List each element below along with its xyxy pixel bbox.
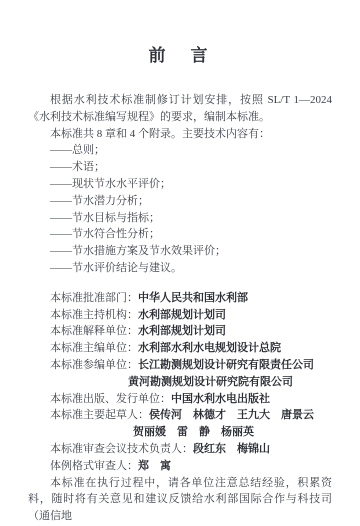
credit-line-chief-editor-unit: 本标准主编单位：水利部水利水电规划设计总院	[28, 340, 332, 357]
contents-lead: 本标准共 8 章和 4 个附录。主要技术内容有：	[28, 126, 332, 143]
credits-block: 本标准批准部门：中华人民共和国水利部 本标准主持机构：水利部规划计划司 本标准解…	[28, 290, 332, 475]
credit-label: 本标准参编单位：	[50, 359, 138, 371]
credit-value: 段红东 梅锦山	[193, 443, 270, 455]
credit-label: 本标准出版、发行单位：	[50, 393, 171, 405]
page-title: 前 言	[28, 46, 332, 66]
contents-item: ——节水评价结论与建议。	[28, 260, 332, 277]
credit-label: 本标准批准部门：	[50, 292, 138, 304]
credit-line-co-editor-unit-cont: 黄河勘测规划设计研究院有限公司	[28, 374, 332, 391]
credit-value: 水利部水利水电规划设计总院	[138, 342, 281, 354]
document-page: 前 言 根据水利技术标准制修订计划安排，按照 SL/T 1—2024《水利技术标…	[0, 0, 360, 526]
contents-item: ——术语；	[28, 159, 332, 176]
closing-paragraph: 本标准在执行过程中，请各单位注意总结经验，积累资料，随时将有关意见和建议反馈给水…	[28, 475, 332, 525]
credit-label: 本标准主要起草人：	[50, 409, 149, 421]
credit-label: 本标准主编单位：	[50, 342, 138, 354]
credit-value: 黄河勘测规划设计研究院有限公司	[128, 376, 293, 388]
credit-label: 本标准主持机构：	[50, 309, 138, 321]
credit-value: 水利部规划计划司	[138, 325, 226, 337]
credit-line-drafters-cont: 贺丽媛 雷 静 杨丽英	[28, 424, 332, 441]
credit-value: 郑 寓	[138, 460, 171, 472]
contents-item: ——总则；	[28, 142, 332, 159]
credit-line-format-reviewer: 体例格式审查人：郑 寓	[28, 458, 332, 475]
credit-line-interpret-unit: 本标准解释单位：水利部规划计划司	[28, 323, 332, 340]
credit-value: 贺丽媛 雷 静 杨丽英	[133, 426, 254, 438]
credit-label: 体例格式审查人：	[50, 460, 138, 472]
credit-line-drafters: 本标准主要起草人：侯传河 林德才 王九大 唐景云	[28, 407, 332, 424]
contents-item: ——现状节水水平评价；	[28, 176, 332, 193]
credit-value: 侯传河 林德才 王九大 唐景云	[149, 409, 314, 421]
contents-item: ——节水符合性分析；	[28, 226, 332, 243]
intro-paragraph: 根据水利技术标准制修订计划安排，按照 SL/T 1—2024《水利技术标准编写规…	[28, 92, 332, 126]
credit-value: 中国水利水电出版社	[171, 393, 270, 405]
credit-line-publisher: 本标准出版、发行单位：中国水利水电出版社	[28, 391, 332, 408]
credit-line-review-lead: 本标准审查会议技术负责人：段红东 梅锦山	[28, 441, 332, 458]
credit-value: 中华人民共和国水利部	[138, 292, 248, 304]
credit-line-host-org: 本标准主持机构：水利部规划计划司	[28, 307, 332, 324]
contents-list: ——总则； ——术语； ——现状节水水平评价； ——节水潜力分析； ——节水目标…	[28, 142, 332, 276]
credit-line-co-editor-unit: 本标准参编单位：长江勘测规划设计研究有限责任公司	[28, 357, 332, 374]
contents-item: ——节水措施方案及节水效果评价；	[28, 243, 332, 260]
credit-value: 长江勘测规划设计研究有限责任公司	[138, 359, 314, 371]
credit-label: 本标准审查会议技术负责人：	[50, 443, 193, 455]
credit-label: 本标准解释单位：	[50, 325, 138, 337]
credit-value: 水利部规划计划司	[138, 309, 226, 321]
contents-item: ——节水目标与指标；	[28, 210, 332, 227]
contents-item: ——节水潜力分析；	[28, 193, 332, 210]
credit-line-approval: 本标准批准部门：中华人民共和国水利部	[28, 290, 332, 307]
